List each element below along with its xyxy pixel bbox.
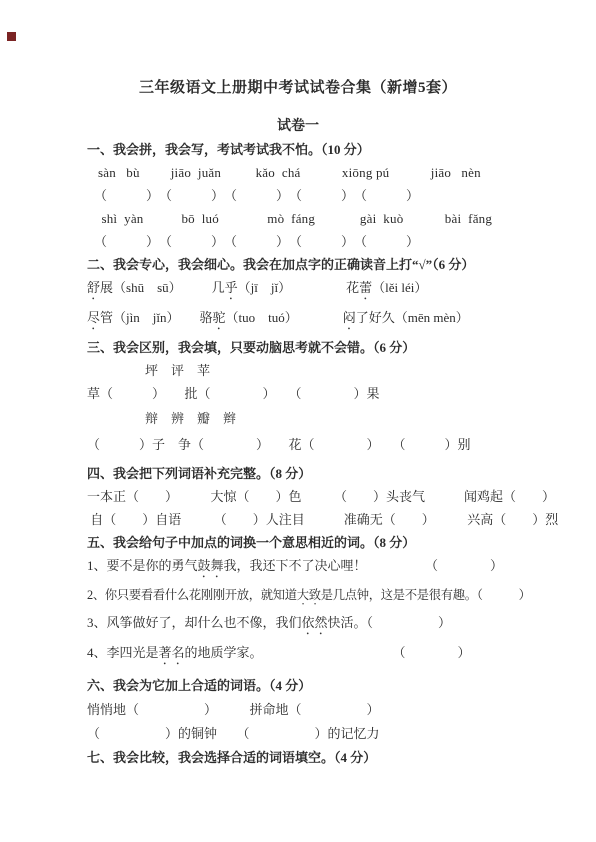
exam-paper-page: 三年级语文上册期中考试试卷合集（新增5套） 试卷一 一、我会拼，我会写，考试考试… [0, 0, 596, 842]
synonym-item-3: 3、风筝做好了，却什么也不像，我们依然快活。（ ） [87, 614, 579, 638]
word-entry: 尽管（jìn jǐn） [87, 309, 179, 333]
pinyin-row-1: sàn bù jiāo juǎn kǎo chá xiōng pú jiāo n… [98, 164, 579, 181]
synonym-item-2: 2、你只要看看什么花刚刚开放，就知道大致是几点钟，这是不是很有趣。（ ） [87, 587, 579, 608]
answer-blanks-row-1: （ ） （ ） （ ） （ ） （ ） [94, 187, 579, 204]
entry-pre: 花 [346, 280, 359, 295]
item-pre: 3、风筝做好了，却什么也不像，我们 [87, 615, 302, 630]
dotted-char: 乎 [225, 280, 238, 295]
phrase-row-2: （ ）的铜钟 （ ）的记忆力 [87, 725, 579, 742]
word-entry: 闷了好久（mēn mèn） [343, 309, 469, 333]
pronunciation-line-2: 尽管（jìn jǐn） 骆驼（tuo tuó） 闷了好久（mēn mèn） [87, 309, 579, 333]
entry-rest: （tuo tuó） [226, 310, 298, 325]
pronunciation-line-1: 舒展（shū sū） 几乎（jī jǐ） 花蕾（lěi léi） [87, 279, 579, 303]
word-entry: 骆驼（tuo tuó） [199, 309, 297, 333]
dotted-char: 驼 [212, 310, 225, 325]
dotted-char: 闷 [343, 310, 356, 325]
idiom-row-2: 自（ ）自语 （ ）人注目 准确无（ ） 兴高（ ）烈 [87, 511, 579, 528]
dotted-word: 鼓舞 [198, 558, 224, 573]
synonym-item-4: 4、李四光是著名的地质学家。 （ ） [87, 644, 579, 668]
section-6-heading: 六、我会为它加上合适的词语。（4 分） [87, 677, 579, 694]
section-4-heading: 四、我会把下列词语补充完整。（8 分） [87, 465, 579, 482]
dotted-char: 尽 [87, 310, 100, 325]
candidate-chars-row-2: 辩 辨 瓣 辫 [145, 410, 579, 427]
word-entry: 舒展（shū sū） [87, 279, 182, 303]
item-pre: 4、李四光是 [87, 645, 159, 660]
item-post: 我，我还下不了决心哩！ （ ） [224, 558, 504, 573]
synonym-item-1: 1、要不是你的勇气鼓舞我，我还下不了决心哩！ （ ） [87, 557, 579, 581]
item-pre: 1、要不是你的勇气 [87, 558, 198, 573]
dotted-char: 舒 [87, 280, 100, 295]
phrase-row-1: 悄悄地（ ） 拼命地（ ） [87, 701, 579, 718]
dotted-word: 著名 [159, 645, 185, 660]
document-header: 三年级语文上册期中考试试卷合集（新增5套） 试卷一 [0, 80, 596, 135]
entry-pre: 骆 [199, 310, 212, 325]
entry-rest: 管（jìn jǐn） [100, 310, 179, 325]
dotted-word: 大致 [297, 588, 321, 602]
entry-rest: 展（shū sū） [100, 280, 182, 295]
word-entry: 几乎（jī jǐ） [212, 279, 291, 303]
dotted-word: 依然 [302, 615, 328, 630]
item-post: 的地质学家。 （ ） [185, 645, 471, 660]
section-2-heading: 二、我会专心，我会细心。我会在加点字的正确读音上打“√”（6 分） [87, 256, 579, 273]
exam-body: 一、我会拼，我会写，考试考试我不怕。（10 分） sàn bù jiāo juǎ… [87, 141, 579, 766]
paper-title: 试卷一 [0, 118, 596, 135]
entry-rest: （lěi léi） [372, 280, 427, 295]
entry-rest: （jī jǐ） [238, 280, 291, 295]
document-title: 三年级语文上册期中考试试卷合集（新增5套） [0, 80, 596, 97]
dotted-char: 蕾 [359, 280, 372, 295]
corner-stamp-mark [7, 32, 16, 41]
section-3-heading: 三、我会区别，我会填，只要动脑思考就不会错。（6 分） [87, 339, 579, 356]
candidate-chars-row-1: 坪 评 苹 [145, 362, 579, 379]
item-post: 是几点钟，这是不是很有趣。（ ） [321, 588, 531, 602]
item-pre: 2、你只要看看什么花刚刚开放，就知道 [87, 588, 297, 602]
fill-blanks-row-2: （ ）子 争（ ） 花（ ） （ ）别 [87, 436, 579, 453]
entry-rest: 了好久（mēn mèn） [356, 310, 469, 325]
section-1-heading: 一、我会拼，我会写，考试考试我不怕。（10 分） [87, 141, 579, 158]
entry-pre: 几 [212, 280, 225, 295]
idiom-row-1: 一本正（ ） 大惊（ ）色 （ ）头丧气 闻鸡起（ ） [87, 488, 579, 505]
fill-blanks-row-1: 草（ ） 批（ ） （ ）果 [87, 385, 579, 402]
pinyin-row-2: shì yàn bō luó mò fáng gài kuò bài fǎng [98, 210, 579, 227]
section-5-heading: 五、我会给句子中加点的词换一个意思相近的词。（8 分） [87, 534, 579, 551]
word-entry: 花蕾（lěi léi） [346, 279, 427, 303]
item-post: 快活。（ ） [328, 615, 452, 630]
answer-blanks-row-2: （ ） （ ） （ ） （ ） （ ） [94, 233, 579, 250]
section-7-heading: 七、我会比较，我会选择合适的词语填空。（4 分） [87, 749, 579, 766]
